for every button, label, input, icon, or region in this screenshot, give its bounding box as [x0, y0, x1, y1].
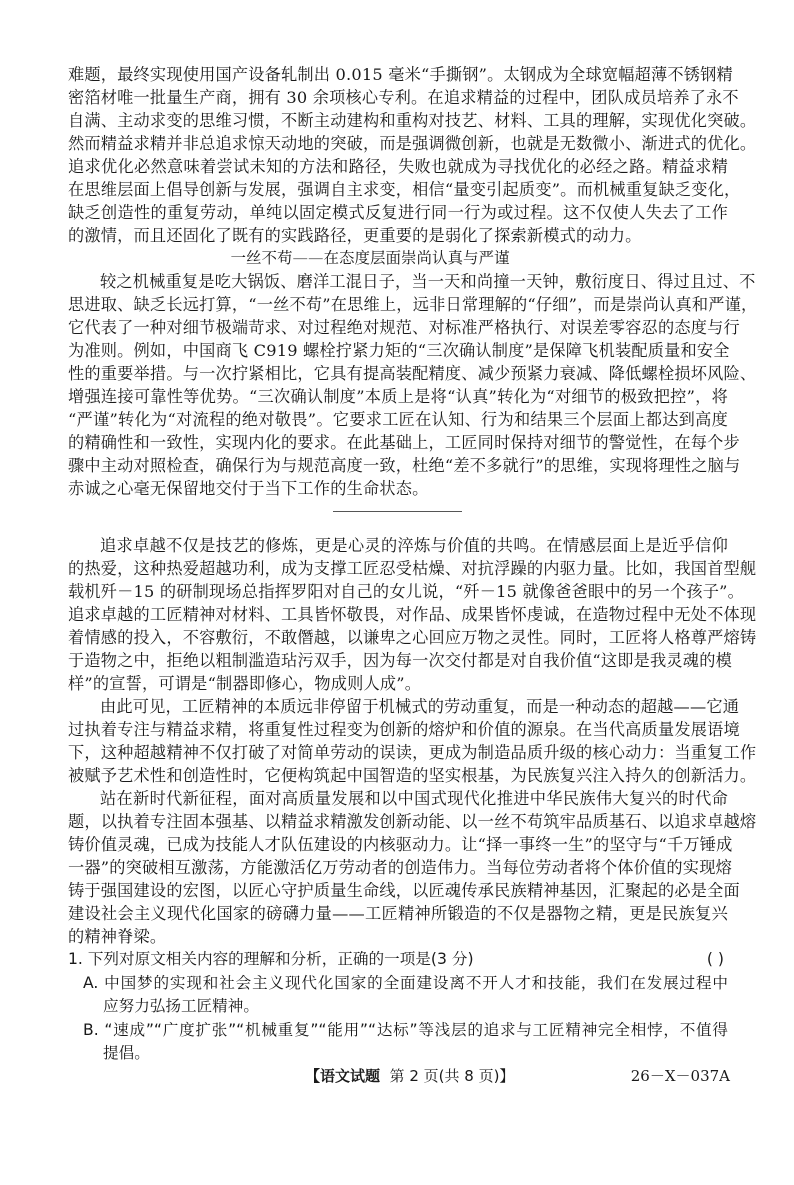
text-line: 下，这种超越精神不仅打破了对简单劳动的误读，更成为制造品质升级的核心动力：当重复… [68, 741, 728, 764]
text-line: 追求卓越的工匠精神对材料、工具皆怀敬畏，对作品、成果皆怀虔诚，在造物过程中无处不… [68, 603, 728, 626]
paragraph-4: 由此可见，工匠精神的本质远非停留于机械式的劳动重复，而是一种动态的超越——它通 … [68, 695, 728, 787]
separator-area [68, 500, 728, 534]
text-line: 过执着专注与精益求精，将重复性过程变为创新的熔炉和价值的源泉。在当代高质量发展语… [68, 718, 728, 741]
text-line: 骤中主动对照检查，确保行为与规范高度一致，杜绝“差不多就行”的思维，实现将理性之… [68, 454, 728, 477]
paragraph-3: 追求卓越不仅是技艺的修炼，更是心灵的淬炼与价值的共鸣。在情感层面上是近乎信仰 的… [68, 534, 728, 695]
text-line: 增强连接可靠性等优势。“三次确认制度”本质上是将“认真”转化为“对细节的极致把控… [68, 385, 728, 408]
text-line: 然而精益求精并非总追求惊天动地的突破，而是强调微创新，也就是无数微小、渐进式的优… [68, 132, 728, 155]
text-line: 一器”的突破相互激荡，方能激活亿万劳动者的创造伟力。当每位劳动者将个体价值的实现… [68, 856, 728, 879]
section-heading: 一丝不苟——在态度层面崇尚认真与严谨 [68, 247, 728, 270]
paragraph-2: 较之机械重复是吃大锅饭、磨洋工混日子，当一天和尚撞一天钟，敷衍度日、得过且过、不… [68, 270, 728, 500]
text-line: “严谨”转化为“对流程的绝对敬畏”。它要求工匠在认知、行为和结果三个层面上都达到… [68, 408, 728, 431]
text-line: 题，以执着专注固本强基、以精益求精激发创新动能、以一丝不苟筑牢品质基石、以追求卓… [68, 810, 728, 833]
text-line: 较之机械重复是吃大锅饭、磨洋工混日子，当一天和尚撞一天钟，敷衍度日、得过且过、不 [68, 270, 728, 293]
text-line: 追求优化必然意味着尝试未知的方法和路径，失败也就成为寻找优化的必经之路。精益求精 [68, 155, 728, 178]
option-a: A. 中国梦的实现和社会主义现代化国家的全面建设离不开人才和技能，我们在发展过程… [68, 972, 728, 996]
exam-code: 26－X－037A [631, 1064, 730, 1088]
text-line: 思进取、缺乏长远打算，“一丝不苟”在思维上，远非日常理解的“仔细”，而是崇尚认真… [68, 293, 728, 316]
paragraph-5: 站在新时代新征程，面对高质量发展和以中国式现代化推进中华民族伟大复兴的时代命 题… [68, 787, 728, 948]
footer-page-number: 第 2 页(共 8 页)】 [380, 1067, 514, 1085]
text-line: 于造物之中，拒绝以粗制滥造玷污双手，因为每一次交付都是对自我价值“这即是我灵魂的… [68, 649, 728, 672]
text-line: 赤诚之心毫无保留地交付于当下工作的生命状态。 [68, 477, 728, 500]
footer-title: 【语文试题 第 2 页(共 8 页)】 [305, 1064, 514, 1088]
text-line: 载机歼－15 的研制现场总指挥罗阳对自己的女儿说，“歼－15 就像爸爸眼中的另一… [68, 580, 728, 603]
page-footer: 【语文试题 第 2 页(共 8 页)】 26－X－037A [0, 1064, 794, 1088]
text-line: 密箔材唯一批量生产商，拥有 30 余项核心专利。在追求精益的过程中，团队成员培养… [68, 86, 728, 109]
text-line: 的精神脊梁。 [68, 925, 728, 948]
text-line: 的激情，而且还固化了既有的实践路径，更重要的是弱化了探索新模式的动力。 [68, 224, 728, 247]
text-line: 为准则。例如，中国商飞 C919 螺栓拧紧力矩的“三次确认制度”是保障飞机装配质… [68, 339, 728, 362]
text-line: 性的重要举措。与一次拧紧相比，它具有提高装配精度、减少预紧力衰减、降低螺栓损坏风… [68, 362, 728, 385]
text-line: 由此可见，工匠精神的本质远非停留于机械式的劳动重复，而是一种动态的超越——它通 [68, 695, 728, 718]
text-line: 在思维层面上倡导创新与发展，强调自主求变，相信“量变引起质变”。而机械重复缺乏变… [68, 178, 728, 201]
text-line: 站在新时代新征程，面对高质量发展和以中国式现代化推进中华民族伟大复兴的时代命 [68, 787, 728, 810]
text-line: 缺乏创造性的重复劳动，单纯以固定模式反复进行同一行为或过程。这不仅使人失去了工作 [68, 201, 728, 224]
text-line: 建设社会主义现代化国家的磅礴力量——工匠精神所锻造的不仅是器物之精，更是民族复兴 [68, 902, 728, 925]
text-line: 样”的宣誓，可谓是“制器即修心，物成则人成”。 [68, 672, 728, 695]
separator-line [333, 511, 462, 512]
text-line: 铸价值灵魂，已成为技能人才队伍建设的内核驱动力。让“择一事终一生”的坚守与“千万… [68, 833, 728, 856]
option-b: B. “速成”“广度扩张”“机械重复”“能用”“达标”等浅层的追求与工匠精神完全… [68, 1019, 728, 1043]
question-stem: 1. 下列对原文相关内容的理解和分析，正确的一项是(3 分) ( ) [68, 948, 728, 972]
option-a-continued: 应努力弘扬工匠精神。 [68, 995, 728, 1019]
text-line: 难题，最终实现使用国产设备轧制出 0.015 毫米“手撕钢”。太钢成为全球宽幅超… [68, 63, 728, 86]
text-line: 它代表了一种对细节极端苛求、对过程绝对规范、对标准严格执行、对误差零容忍的态度与… [68, 316, 728, 339]
text-line: 追求卓越不仅是技艺的修炼，更是心灵的淬炼与价值的共鸣。在情感层面上是近乎信仰 [68, 534, 728, 557]
text-line: 着情感的投入，不容敷衍，不敢僭越，以谦卑之心回应万物之灵性。同时，工匠将人格尊严… [68, 626, 728, 649]
paragraph-1: 难题，最终实现使用国产设备轧制出 0.015 毫米“手撕钢”。太钢成为全球宽幅超… [68, 63, 728, 247]
text-line: 铸于强国建设的宏图，以匠心守护质量生命线，以匠魂传承民族精神基因，汇聚起的必是全… [68, 879, 728, 902]
answer-bracket[interactable]: ( ) [707, 948, 728, 972]
text-line: 被赋予艺术性和创造性时，它便构筑起中国智造的坚实根基，为民族复兴注入持久的创新活… [68, 764, 728, 787]
question-stem-text: 1. 下列对原文相关内容的理解和分析，正确的一项是(3 分) [68, 948, 474, 972]
option-b-continued: 提倡。 [68, 1042, 728, 1066]
text-line: 的热爱，这种热爱超越功利，成为支撑工匠忍受枯燥、对抗浮躁的内驱力量。比如，我国首… [68, 557, 728, 580]
footer-subject: 【语文试题 [305, 1067, 380, 1085]
text-line: 的精确性和一致性，实现内化的要求。在此基础上，工匠同时保持对细节的警觉性，在每个… [68, 431, 728, 454]
question-1: 1. 下列对原文相关内容的理解和分析，正确的一项是(3 分) ( ) A. 中国… [68, 948, 728, 1066]
exam-page: 难题，最终实现使用国产设备轧制出 0.015 毫米“手撕钢”。太钢成为全球宽幅超… [68, 63, 728, 1066]
text-line: 自满、主动求变的思维习惯，不断主动建构和重构对技艺、材料、工具的理解，实现优化突… [68, 109, 728, 132]
